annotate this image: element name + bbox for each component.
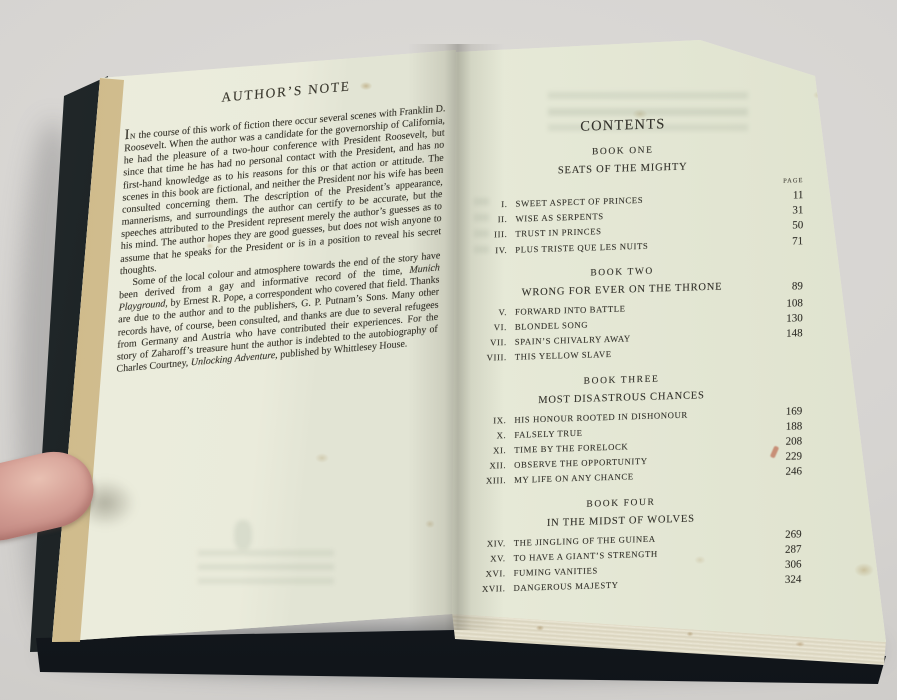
chapter-page-number: 71 bbox=[757, 234, 803, 251]
chapter-page-number: 31 bbox=[757, 203, 803, 220]
chapter-numeral: VI. bbox=[469, 320, 507, 336]
contents-page-text: CONTENTS BOOK ONESEATS OF THE MIGHTYPAGE… bbox=[468, 112, 804, 598]
chapter-numeral: I. bbox=[470, 197, 508, 213]
chapter-numeral: III. bbox=[469, 227, 507, 243]
chapter-numeral: X. bbox=[468, 428, 506, 444]
showthrough-left-emblem bbox=[234, 520, 252, 550]
chapter-numeral: XVI. bbox=[468, 566, 506, 582]
authors-note-page-text: AUTHOR’S NOTE IN the course of this work… bbox=[116, 70, 446, 376]
chapter-page-number: 229 bbox=[756, 450, 802, 467]
chapter-numeral: IX. bbox=[468, 413, 506, 429]
toc-rows: I.SWEET ASPECT OF PRINCES11II.WISE AS SE… bbox=[469, 188, 803, 259]
chapter-numeral: II. bbox=[469, 212, 507, 228]
book-title-row: SEATS OF THE MIGHTY bbox=[470, 157, 804, 181]
book-title: IN THE MIDST OF WOLVES bbox=[547, 513, 695, 528]
book-title: WRONG FOR EVER ON THE THRONE bbox=[522, 281, 723, 298]
toc-book: BOOK ONESEATS OF THE MIGHTYPAGEI.SWEET A… bbox=[469, 140, 803, 259]
chapter-numeral: IV. bbox=[469, 243, 507, 259]
chapter-page-number: 324 bbox=[755, 573, 801, 590]
book-title: SEATS OF THE MIGHTY bbox=[558, 162, 688, 177]
chapter-numeral: XVII. bbox=[468, 581, 506, 597]
contents-books: BOOK ONESEATS OF THE MIGHTYPAGEI.SWEET A… bbox=[468, 140, 804, 598]
chapter-page-number: 148 bbox=[757, 326, 803, 343]
chapter-numeral: XV. bbox=[468, 551, 506, 567]
chapter-page-number: 188 bbox=[756, 419, 802, 436]
authors-note-body: IN the course of this work of fiction th… bbox=[116, 101, 445, 376]
toc-book: BOOK TWOWRONG FOR EVER ON THE THRONE89V.… bbox=[469, 261, 803, 367]
chapter-page-number: 108 bbox=[757, 296, 803, 313]
chapter-page-number: 130 bbox=[757, 311, 803, 328]
chapter-numeral: VIII. bbox=[469, 350, 507, 366]
chapter-page-number: 11 bbox=[757, 188, 803, 205]
book-title-page-number: 89 bbox=[792, 279, 803, 293]
showthrough-left-page bbox=[198, 550, 334, 594]
chapter-page-number: 169 bbox=[756, 404, 802, 421]
toc-book: BOOK FOURIN THE MIDST OF WOLVESXIV.THE J… bbox=[468, 492, 802, 598]
chapter-page-number: 269 bbox=[756, 527, 802, 544]
chapter-page-number: 287 bbox=[756, 542, 802, 559]
chapter-page-number: 246 bbox=[756, 465, 802, 482]
chapter-page-number: 50 bbox=[757, 219, 803, 236]
paragraph-1-text: the course of this work of fiction there… bbox=[120, 103, 446, 277]
chapter-page-number: 208 bbox=[756, 434, 802, 451]
toc-rows: IX.HIS HONOUR ROOTED IN DISHONOUR169X.FA… bbox=[468, 404, 802, 490]
chapter-numeral: V. bbox=[469, 305, 507, 321]
toc-rows: XIV.THE JINGLING OF THE GUINEA269XV.TO H… bbox=[468, 527, 802, 598]
toc-rows: V.FORWARD INTO BATTLE108VI.BLONDEL SONG1… bbox=[469, 296, 803, 367]
chapter-page-number bbox=[757, 352, 803, 353]
chapter-numeral: XIII. bbox=[468, 474, 506, 490]
chapter-numeral: VII. bbox=[469, 335, 507, 351]
photo-open-book: AUTHOR’S NOTE IN the course of this work… bbox=[0, 0, 897, 700]
toc-book: BOOK THREEMOST DISASTROUS CHANCESIX.HIS … bbox=[468, 369, 802, 490]
chapter-numeral: XIV. bbox=[468, 536, 506, 552]
book-title: MOST DISASTROUS CHANCES bbox=[538, 390, 704, 406]
chapter-numeral: XI. bbox=[468, 443, 506, 459]
chapter-page-number: 306 bbox=[755, 557, 801, 574]
authors-note-paragraph-1: IN the course of this work of fiction th… bbox=[120, 101, 446, 278]
chapter-numeral: XII. bbox=[468, 458, 506, 474]
